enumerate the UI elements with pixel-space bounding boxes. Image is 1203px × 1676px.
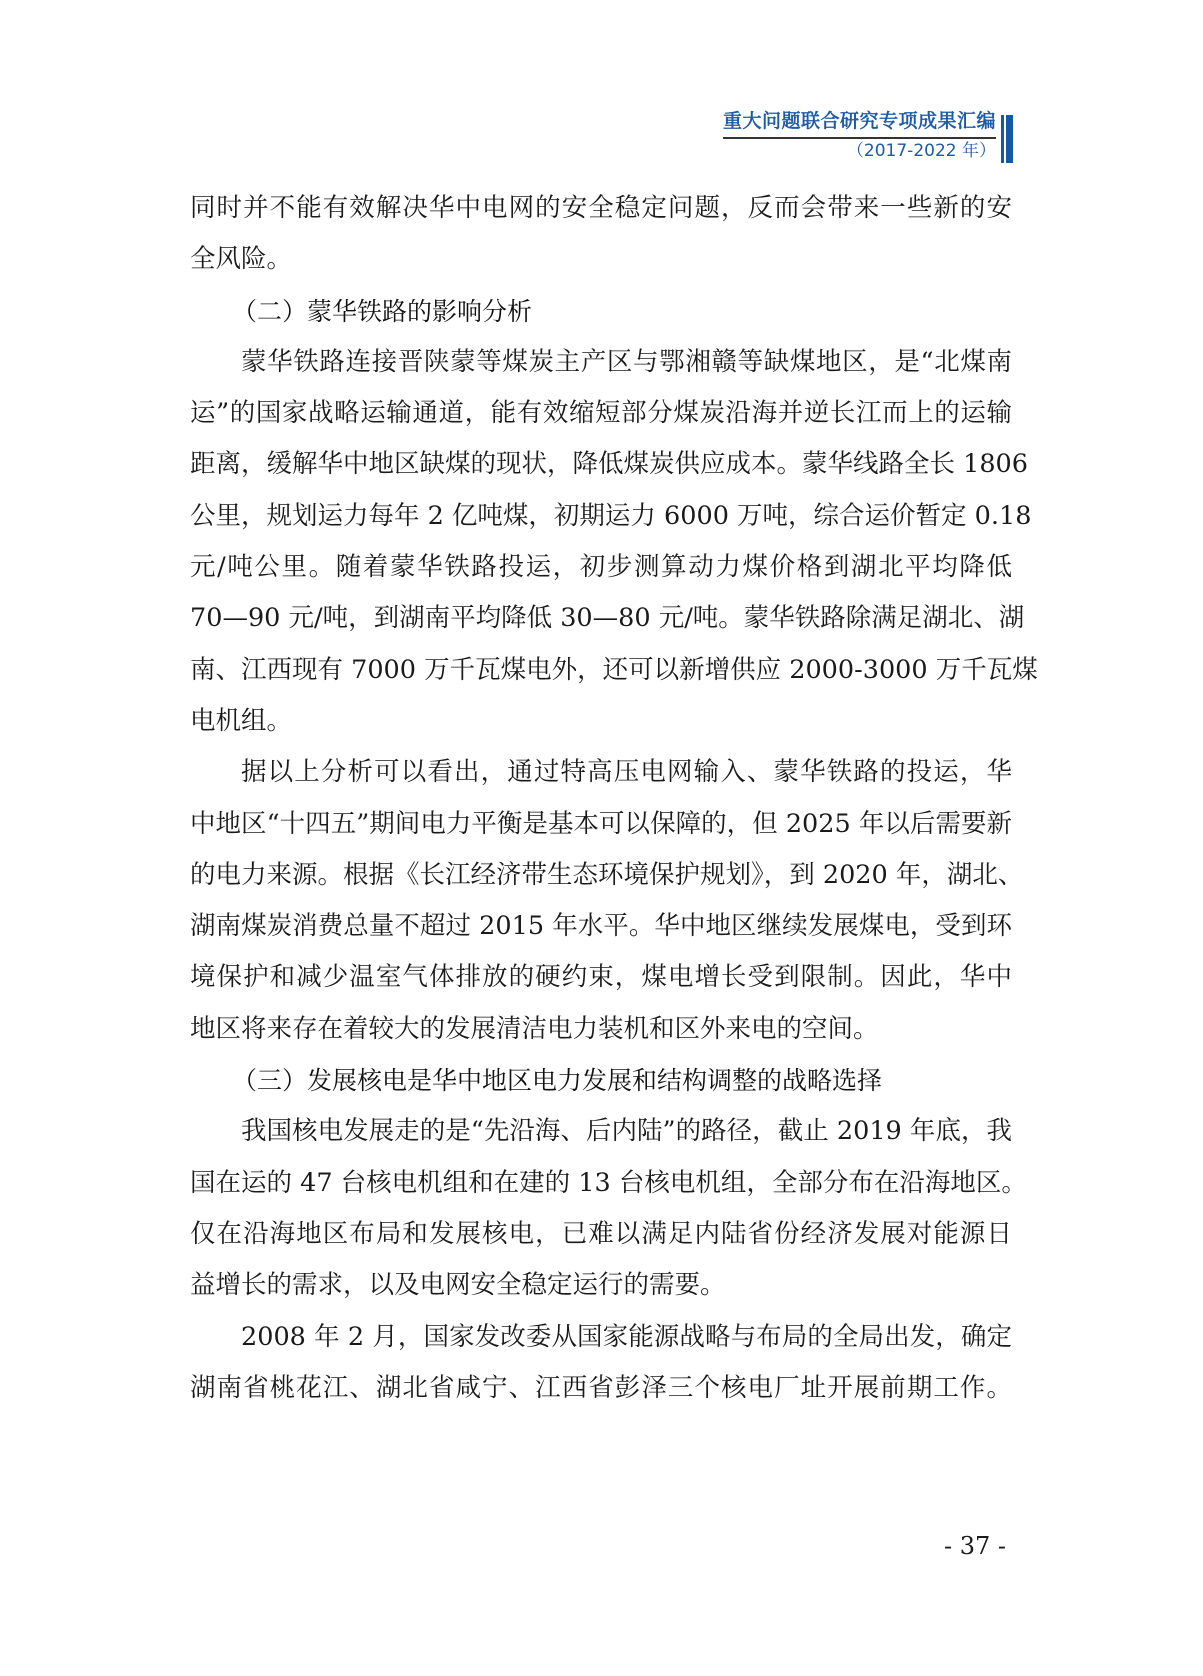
page-body: 同时并不能有效解决华中电网的安全稳定问题，反而会带来一些新的安 全风险。 （二）…	[190, 183, 1012, 1414]
paragraph-line: 地区将来存在着较大的发展清洁电力装机和区外来电的空间。	[190, 1004, 1012, 1055]
paragraph-line: 蒙华铁路连接晋陕蒙等煤炭主产区与鄂湘赣等缺煤地区，是“北煤南	[190, 337, 1012, 388]
paragraph-line: 70—90 元/吨，到湖南平均降低 30—80 元/吨。蒙华铁路除满足湖北、湖	[190, 593, 1012, 644]
paragraph-line: 境保护和减少温室气体排放的硬约束，煤电增长受到限制。因此，华中	[190, 952, 1012, 1003]
header-accent-bar-thin	[1001, 115, 1004, 163]
paragraph-line: 我国核电发展走的是“先沿海、后内陆”的路径，截止 2019 年底，我	[190, 1106, 1012, 1157]
paragraph-line: 湖南省桃花江、湖北省咸宁、江西省彭泽三个核电厂址开展前期工作。	[190, 1363, 1012, 1414]
publication-years: （2017-2022 年）	[640, 140, 996, 162]
paragraph-line: 湖南煤炭消费总量不超过 2015 年水平。华中地区继续发展煤电，受到环	[190, 901, 1012, 952]
paragraph-line: 据以上分析可以看出，通过特高压电网输入、蒙华铁路的投运，华	[190, 747, 1012, 798]
section-heading-3: （三）发展核电是华中地区电力发展和结构调整的战略选择	[190, 1055, 1012, 1106]
paragraph-line: 南、江西现有 7000 万千瓦煤电外，还可以新增供应 2000-3000 万千瓦…	[190, 645, 1012, 696]
running-header: 重大问题联合研究专项成果汇编 （2017-2022 年）	[640, 108, 996, 162]
publication-title: 重大问题联合研究专项成果汇编	[723, 108, 996, 139]
paragraph-line: 仅在沿海地区布局和发展核电，已难以满足内陆省份经济发展对能源日	[190, 1209, 1012, 1260]
paragraph-line: 运”的国家战略运输通道，能有效缩短部分煤炭沿海并逆长江而上的运输	[190, 388, 1012, 439]
paragraph-line: 公里，规划运力每年 2 亿吨煤，初期运力 6000 万吨，综合运价暂定 0.18	[190, 491, 1012, 542]
paragraph-line: 元/吨公里。随着蒙华铁路投运，初步测算动力煤价格到湖北平均降低	[190, 542, 1012, 593]
paragraph-line: 电机组。	[190, 696, 1012, 747]
paragraph-line: 同时并不能有效解决华中电网的安全稳定问题，反而会带来一些新的安	[190, 183, 1012, 234]
page-number: - 37 -	[900, 1532, 1050, 1560]
paragraph-line: 2008 年 2 月，国家发改委从国家能源战略与布局的全局出发，确定	[190, 1312, 1012, 1363]
section-heading-2: （二）蒙华铁路的影响分析	[190, 286, 1012, 337]
paragraph-line: 全风险。	[190, 234, 1012, 285]
paragraph-line: 益增长的需求，以及电网安全稳定运行的需要。	[190, 1260, 1012, 1311]
header-accent-bar-thick	[1006, 115, 1013, 163]
paragraph-line: 的电力来源。根据《长江经济带生态环境保护规划》，到 2020 年，湖北、	[190, 850, 1012, 901]
paragraph-line: 国在运的 47 台核电机组和在建的 13 台核电机组，全部分布在沿海地区。	[190, 1158, 1012, 1209]
paragraph-line: 中地区“十四五”期间电力平衡是基本可以保障的，但 2025 年以后需要新	[190, 799, 1012, 850]
paragraph-line: 距离，缓解华中地区缺煤的现状，降低煤炭供应成本。蒙华线路全长 1806	[190, 439, 1012, 490]
